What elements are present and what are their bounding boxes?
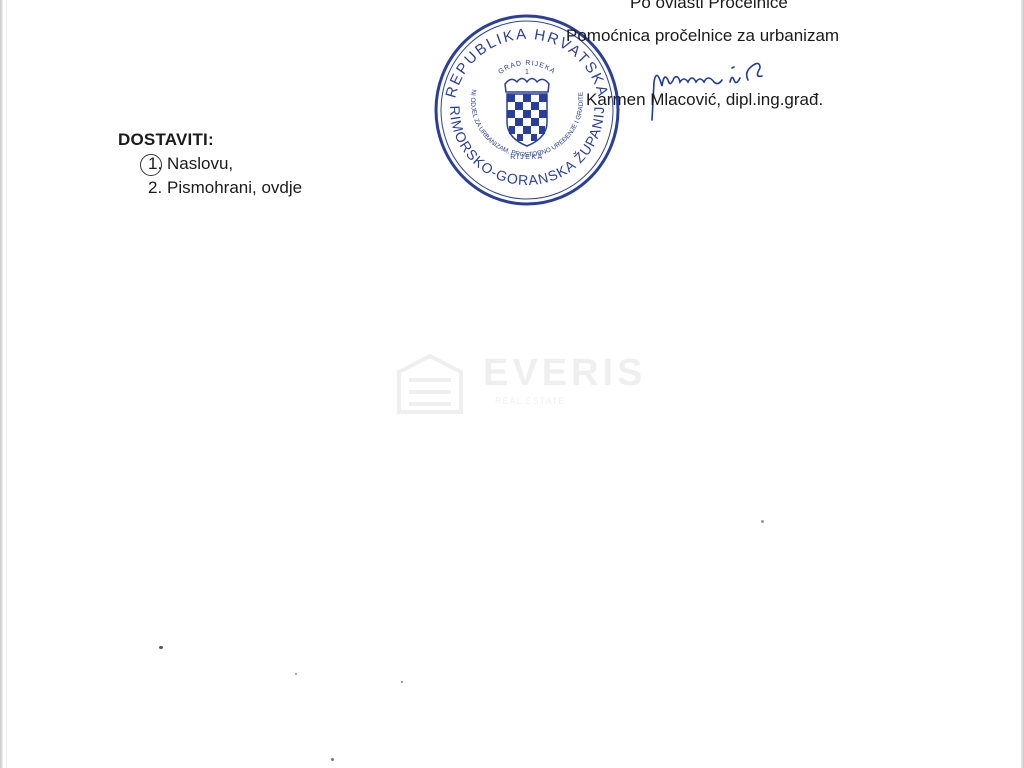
recipients-section: DOSTAVITI: 1.Naslovu, 2.Pismohrani, ovdj… xyxy=(118,130,302,200)
handwritten-signature xyxy=(644,52,774,122)
recipient-item: 2.Pismohrani, ovdje xyxy=(148,176,302,200)
watermark-subtitle: REAL ESTATE xyxy=(495,396,565,406)
handwritten-circle-mark-icon xyxy=(140,154,162,176)
house-logo-icon xyxy=(395,352,465,416)
scan-speck xyxy=(295,673,297,675)
signatory-role: Pomoćnica pročelnice za urbanizam xyxy=(566,26,839,46)
signature-block: Po ovlasti Pročelnice Pomoćnica pročelni… xyxy=(0,0,1024,130)
scan-speck xyxy=(331,758,334,761)
scan-speck xyxy=(401,681,403,683)
recipients-title: DOSTAVITI: xyxy=(118,130,302,150)
signatory-name: Karmen Mlacović, dipl.ing.građ. xyxy=(586,90,823,110)
watermark: EVERIS REAL ESTATE xyxy=(395,352,635,418)
recipients-list: 1.Naslovu, 2.Pismohrani, ovdje xyxy=(148,152,302,200)
stamp-city: RIJEKA xyxy=(510,154,544,161)
scan-speck xyxy=(761,520,764,523)
signature-authority: Po ovlasti Pročelnice xyxy=(630,0,788,13)
watermark-brand: EVERIS xyxy=(483,352,646,395)
recipient-item: 1.Naslovu, xyxy=(148,152,302,176)
scan-speck xyxy=(159,646,163,649)
